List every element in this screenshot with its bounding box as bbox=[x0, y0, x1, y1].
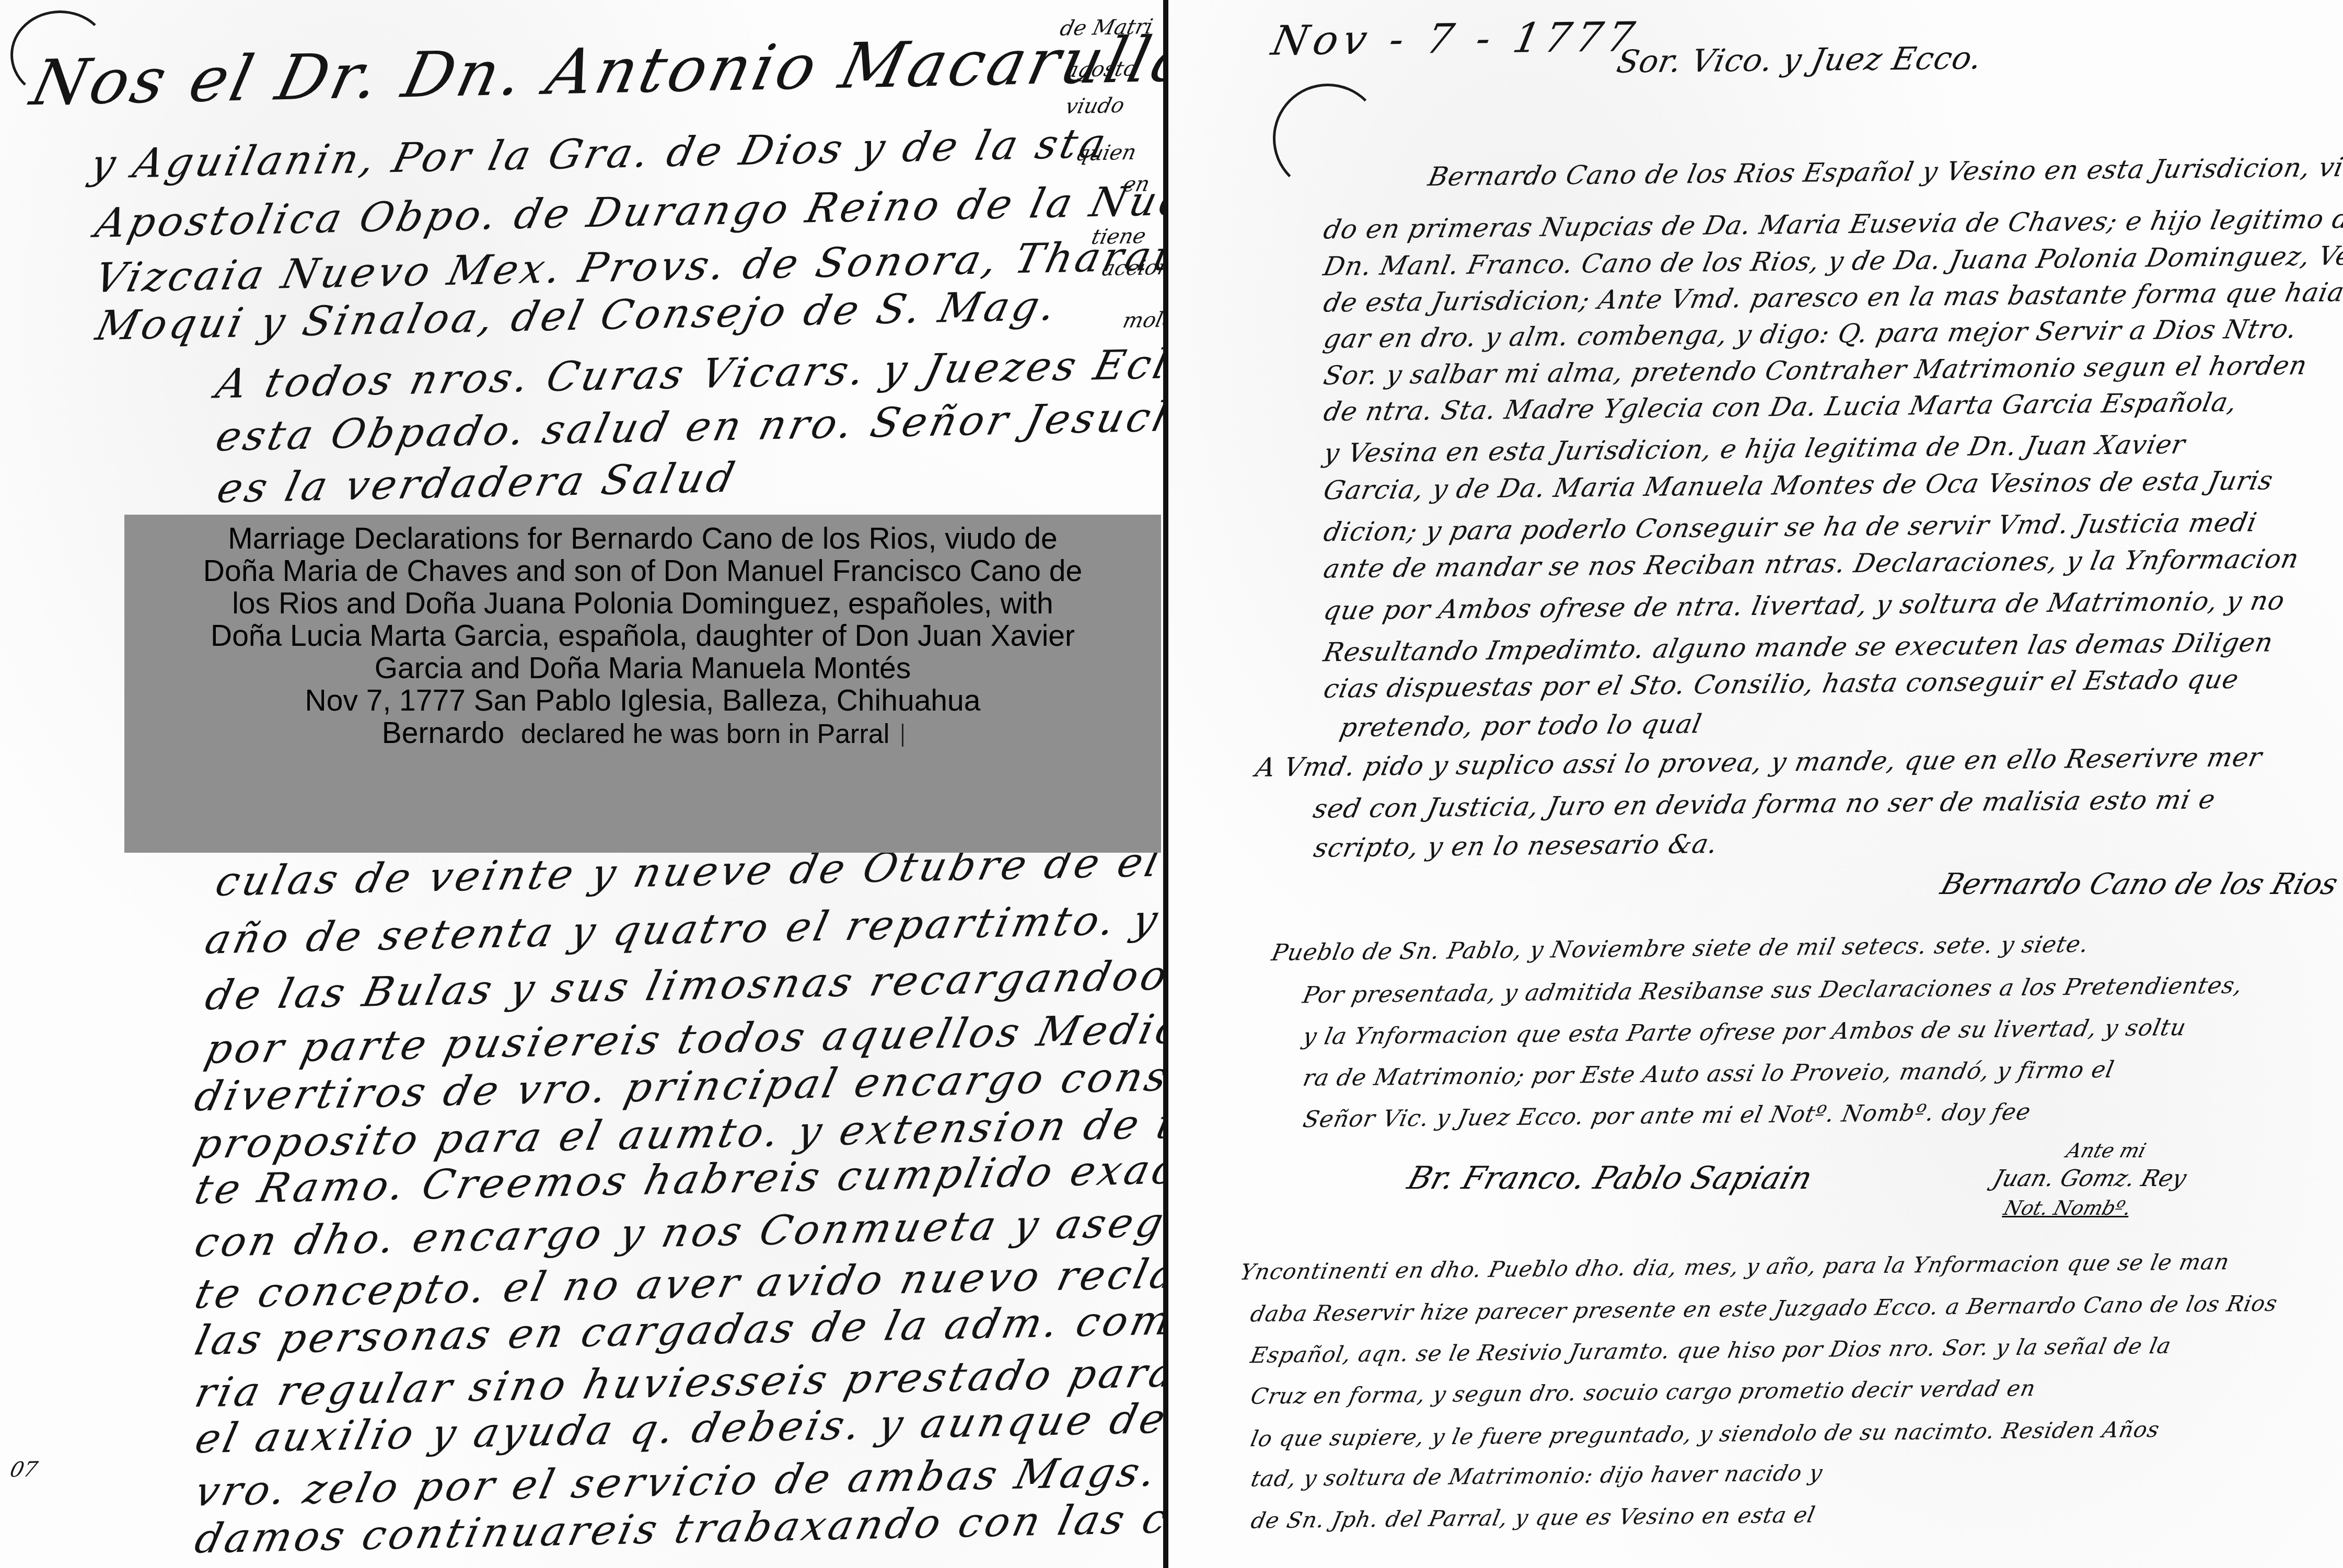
petition-line: dicion; y para poderlo Conseguir se ha d… bbox=[1321, 507, 2259, 548]
petition-line: Resultando Impedimto. alguno mande se ex… bbox=[1321, 628, 2276, 668]
transcription-annotation-box[interactable]: Marriage Declarations for Bernardo Cano … bbox=[124, 515, 1161, 853]
decree-line: ra de Matrimonio; por Este Auto assi lo … bbox=[1301, 1056, 2116, 1091]
petition-line: de ntra. Sta. Madre Yglecia con Da. Luci… bbox=[1321, 387, 2240, 427]
margin-note: quien bbox=[1073, 141, 1139, 166]
notary-signature: Juan. Gomz. Rey bbox=[1990, 1165, 2190, 1192]
document-heading: Sor. Vico. y Juez Ecco. bbox=[1614, 40, 1985, 80]
petition-line: y Vesina en esta Jurisdicion, e hija leg… bbox=[1321, 429, 2188, 468]
manuscript-line: es la verdadera Salud bbox=[213, 455, 741, 513]
petition-line: Dn. Manl. Franco. Cano de los Rios, y de… bbox=[1321, 240, 2343, 282]
margin-note: viudo bbox=[1063, 94, 1127, 119]
margin-note: mole bbox=[1121, 308, 1168, 333]
petition-line: cias dispuestas por el Sto. Consilio, ha… bbox=[1321, 664, 2242, 704]
petition-line: A Vmd. pido y suplico assi lo provea, y … bbox=[1253, 742, 2265, 783]
annotation-date-place: Nov 7, 1777 San Pablo Iglesia, Balleza, … bbox=[124, 684, 1161, 717]
annotation-birthplace-line: Bernardo declared he was born in Parral bbox=[124, 717, 1161, 750]
manuscript-line: Nos el Dr. Dn. Antonio Macarulla Minguil… bbox=[25, 16, 1168, 120]
decree-line: Pueblo de Sn. Pablo, y Noviembre siete d… bbox=[1269, 931, 2091, 966]
annotation-birthplace-text: declared he was born in Parral bbox=[521, 719, 889, 749]
annotation-line: Doña Lucia Marta Garcia, española, daugh… bbox=[124, 620, 1161, 652]
closing-line: lo que supiere, y le fuere preguntado, y… bbox=[1248, 1416, 2162, 1451]
closing-line: tad, y soltura de Matrimonio: dijo haver… bbox=[1249, 1460, 1825, 1491]
manuscript-line: y Aguilanin, Por la Gra. de Dios y de la… bbox=[86, 120, 1113, 189]
petition-line: gar en dro. y alm. combenga, y digo: Q. … bbox=[1321, 313, 2300, 354]
closing-line: Yncontinenti en dho. Pueblo dho. dia, me… bbox=[1238, 1249, 2232, 1285]
petition-line: que por Ambos ofrese de ntra. livertad, … bbox=[1321, 585, 2288, 625]
decree-line: Señor Vic. y Juez Ecco. por ante mi el N… bbox=[1301, 1099, 2033, 1133]
petition-line: do en primeras Nupcias de Da. Maria Euse… bbox=[1321, 204, 2343, 245]
initial-B-flourish bbox=[1273, 84, 1383, 193]
notary-title: Not. Nombº. bbox=[2001, 1197, 2135, 1219]
petition-line: Bernardo Cano de los Rios Español y Vesi… bbox=[1425, 152, 2343, 192]
petition-line: scripto, y en lo nesesario &a. bbox=[1311, 829, 1720, 863]
date-annotation: Nov - 7 - 1777 bbox=[1268, 14, 1643, 64]
margin-note: de Matri bbox=[1058, 15, 1155, 41]
annotation-line: Doña Maria de Chaves and son of Don Manu… bbox=[124, 555, 1161, 587]
petition-line: ante de mandar se nos Reciban ntras. Dec… bbox=[1321, 543, 2302, 584]
annotation-line: Marriage Declarations for Bernardo Cano … bbox=[124, 522, 1161, 555]
petition-line: Garcia, y de Da. Maria Manuela Montes de… bbox=[1321, 466, 2276, 506]
closing-line: Cruz en forma, y segun dro. socuio cargo… bbox=[1248, 1375, 2038, 1409]
annotation-name: Bernardo bbox=[382, 716, 505, 750]
annotation-line: Garcia and Doña Maria Manuela Montés bbox=[124, 652, 1161, 684]
petition-line: de esta Jurisdicion; Ante Vmd. paresco e… bbox=[1321, 276, 2343, 318]
margin-note: tiene bbox=[1089, 224, 1148, 249]
decree-line: Por presentada, y admitida Resibanse sus… bbox=[1301, 972, 2245, 1009]
decree-line: y la Ynformacion que esta Parte ofrese p… bbox=[1301, 1014, 2189, 1050]
petition-line: Sor. y salbar mi alma, pretendo Contrahe… bbox=[1321, 350, 2310, 391]
notary-label: Ante mi bbox=[2064, 1139, 2149, 1162]
closing-line: de Sn. Jph. del Parral, y que es Vesino … bbox=[1249, 1502, 1818, 1533]
text-cursor bbox=[902, 724, 903, 747]
closing-line: daba Reservir hize parecer presente en e… bbox=[1248, 1291, 2280, 1327]
right-manuscript-page: Nov - 7 - 1777 Sor. Vico. y Juez Ecco. B… bbox=[1168, 0, 2343, 1568]
petition-line: pretendo, por todo lo qual bbox=[1337, 708, 1704, 742]
vicar-signature: Br. Franco. Pablo Sapiain bbox=[1404, 1160, 1816, 1197]
petitioner-signature: Bernardo Cano de los Rios bbox=[1937, 867, 2342, 901]
folio-mark: 07 bbox=[8, 1457, 40, 1482]
closing-line: Español, aqn. se le Resivio Juramto. que… bbox=[1248, 1333, 2174, 1368]
margin-note: agosto bbox=[1063, 57, 1139, 83]
petition-line: sed con Justicia, Juro en devida forma n… bbox=[1310, 784, 2218, 824]
annotation-line: los Rios and Doña Juana Polonia Domingue… bbox=[124, 587, 1161, 620]
margin-note: accion bbox=[1099, 255, 1168, 281]
